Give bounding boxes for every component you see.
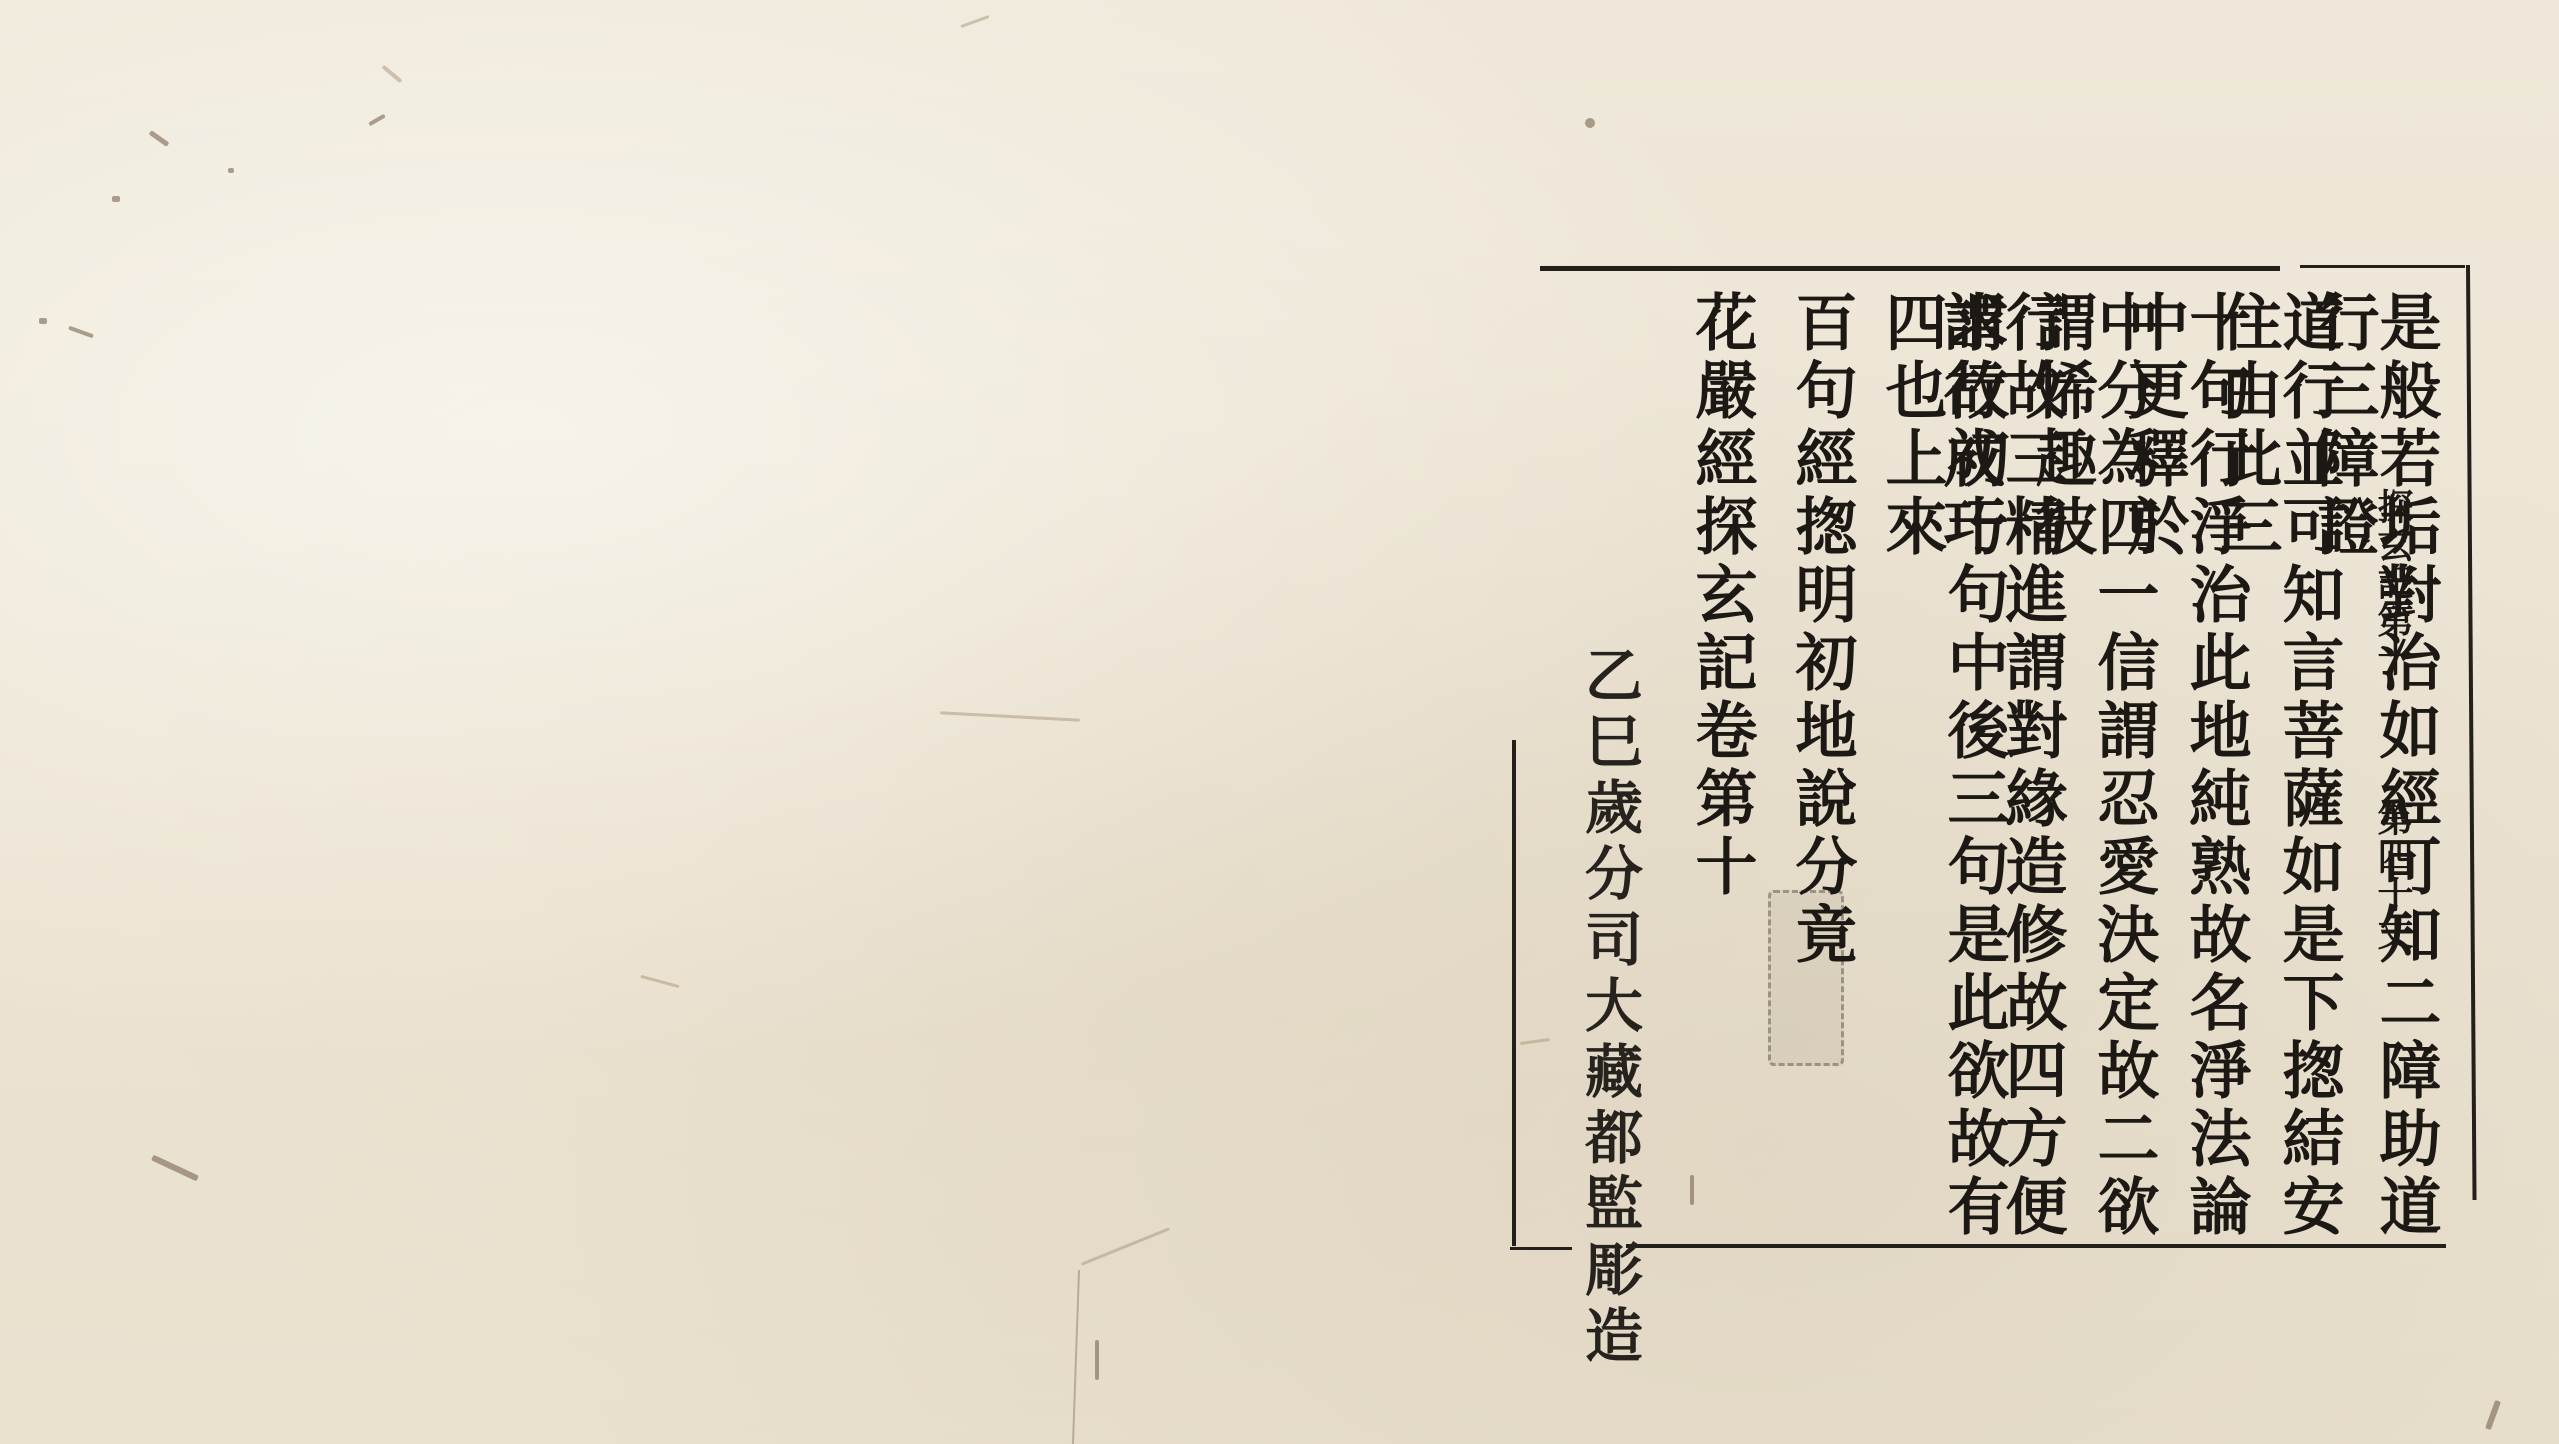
paper-fiber	[940, 711, 1080, 721]
frame-top-left	[1540, 266, 2280, 271]
text-column-7: 百句經揔明初地說分竟	[1790, 290, 1852, 1250]
paper-fiber	[382, 65, 403, 83]
colophon: 乙巳歲分司大藏都監彫造	[1580, 645, 1638, 1371]
paper-fiber	[112, 196, 120, 202]
paper-fiber	[68, 326, 94, 339]
frame-bottom-left	[1510, 1247, 1572, 1250]
page-number-label: 第四十丈	[2375, 800, 2411, 952]
text-column-6: 求故初十句中後三句是此欲故有四也上來	[1880, 290, 2004, 1250]
paper-fiber	[1095, 1340, 1099, 1380]
frame-top-right	[2300, 265, 2465, 268]
frame-left	[1512, 740, 1516, 1246]
paper-fiber	[1520, 1038, 1550, 1045]
paper-fiber	[1585, 118, 1595, 128]
paper-crack	[1072, 1270, 1080, 1444]
paper-fiber	[151, 1155, 199, 1182]
frame-right	[2466, 265, 2477, 1200]
scroll-title-column: 花嚴經探玄記卷第十	[1690, 290, 1752, 1250]
paper-fiber	[960, 15, 989, 28]
scripture-page: 是般若垢對治如經可知二障助道行三障證 道行並可知言菩薩如是下揔結安住由此三 十句…	[0, 0, 2559, 1444]
paper-fiber	[228, 168, 234, 173]
paper-fiber	[2485, 1400, 2501, 1430]
paper-fiber	[640, 975, 679, 988]
paper-fiber	[39, 318, 47, 324]
paper-fiber	[149, 130, 170, 147]
paper-crack-branch	[1081, 1227, 1170, 1265]
paper-fiber	[368, 114, 386, 126]
title-abbreviation-label: 探玄記第十	[2375, 488, 2411, 678]
